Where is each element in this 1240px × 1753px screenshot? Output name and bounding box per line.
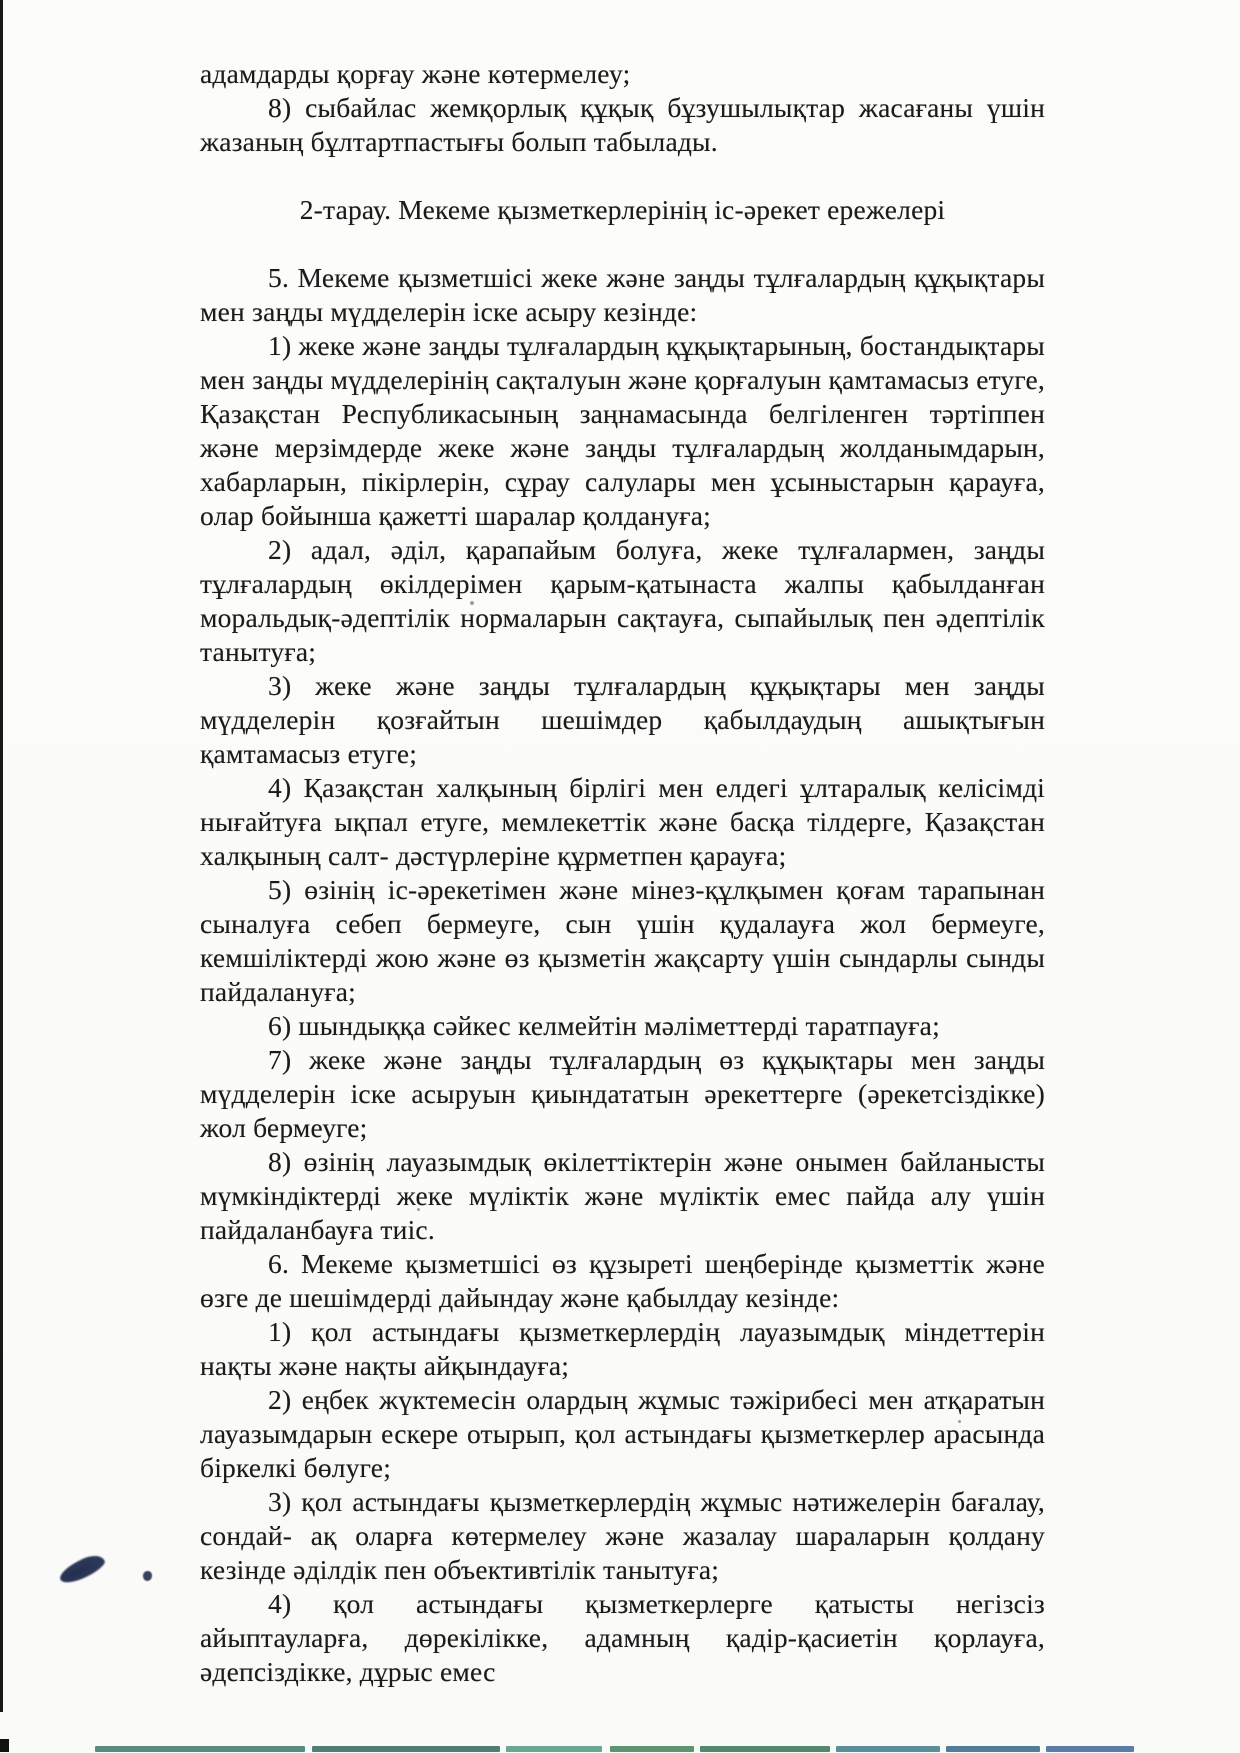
paragraph: 4) Қазақстан халқының бірлігі мен елдегі… [200,771,1045,873]
paragraph: 7) жеке және заңды тұлғалардың өз құқықт… [200,1043,1045,1145]
chapter-heading: 2-тарау. Мекеме қызметкерлерінің іс-әрек… [200,193,1045,227]
paragraph: 8) өзінің лауазымдық өкілеттіктерін және… [200,1145,1045,1247]
scan-left-edge-line [0,0,3,1712]
paragraph: 6) шындыққа сәйкес келмейтін мәліметтерд… [200,1009,1045,1043]
paragraph: адамдарды қорғау және көтермелеу; [200,57,1045,91]
dust-speck [417,1208,420,1211]
scan-strip-segment [946,1746,1040,1752]
scan-strip-segment [700,1746,830,1752]
document-text-column: адамдарды қорғау және көтермелеу; 8) сыб… [200,57,1045,1689]
paragraph: 8) сыбайлас жемқорлық құқық бұзушылықтар… [200,91,1045,159]
paragraph: 1) жеке және заңды тұлғалардың құқықтары… [200,329,1045,533]
dust-speck [470,601,474,605]
scan-strip-segment [312,1746,500,1752]
scan-strip-segment [610,1746,694,1752]
scan-bottom-edge-strip [0,1746,1240,1753]
paragraph: 5) өзінің іс-әрекетімен және мінез-құлқы… [200,873,1045,1009]
paragraph: 5. Мекеме қызметшісі жеке және заңды тұл… [200,261,1045,329]
paragraph: 4) қол астындағы қызметкерлерге қатысты … [200,1587,1045,1689]
scan-strip-segment [836,1746,940,1752]
dust-speck [958,1420,961,1423]
scan-strip-segment [506,1746,602,1752]
paragraph: 3) қол астындағы қызметкерлердің жұмыс н… [200,1485,1045,1587]
scan-strip-segment [1046,1746,1134,1752]
ink-dot-artifact [143,1571,152,1581]
paragraph: 6. Мекеме қызметшісі өз құзыреті шеңбері… [200,1247,1045,1315]
scan-strip-segment [95,1746,305,1752]
paragraph: 2) адал, әділ, қарапайым болуға, жеке тұ… [200,533,1045,669]
paragraph: 2) еңбек жүктемесін олардың жұмыс тәжіри… [200,1383,1045,1485]
ink-blot-artifact [56,1551,107,1587]
scanned-page: адамдарды қорғау және көтермелеу; 8) сыб… [0,0,1240,1753]
paragraph: 3) жеке және заңды тұлғалардың құқықтары… [200,669,1045,771]
paragraph: 1) қол астындағы қызметкерлердің лауазым… [200,1315,1045,1383]
